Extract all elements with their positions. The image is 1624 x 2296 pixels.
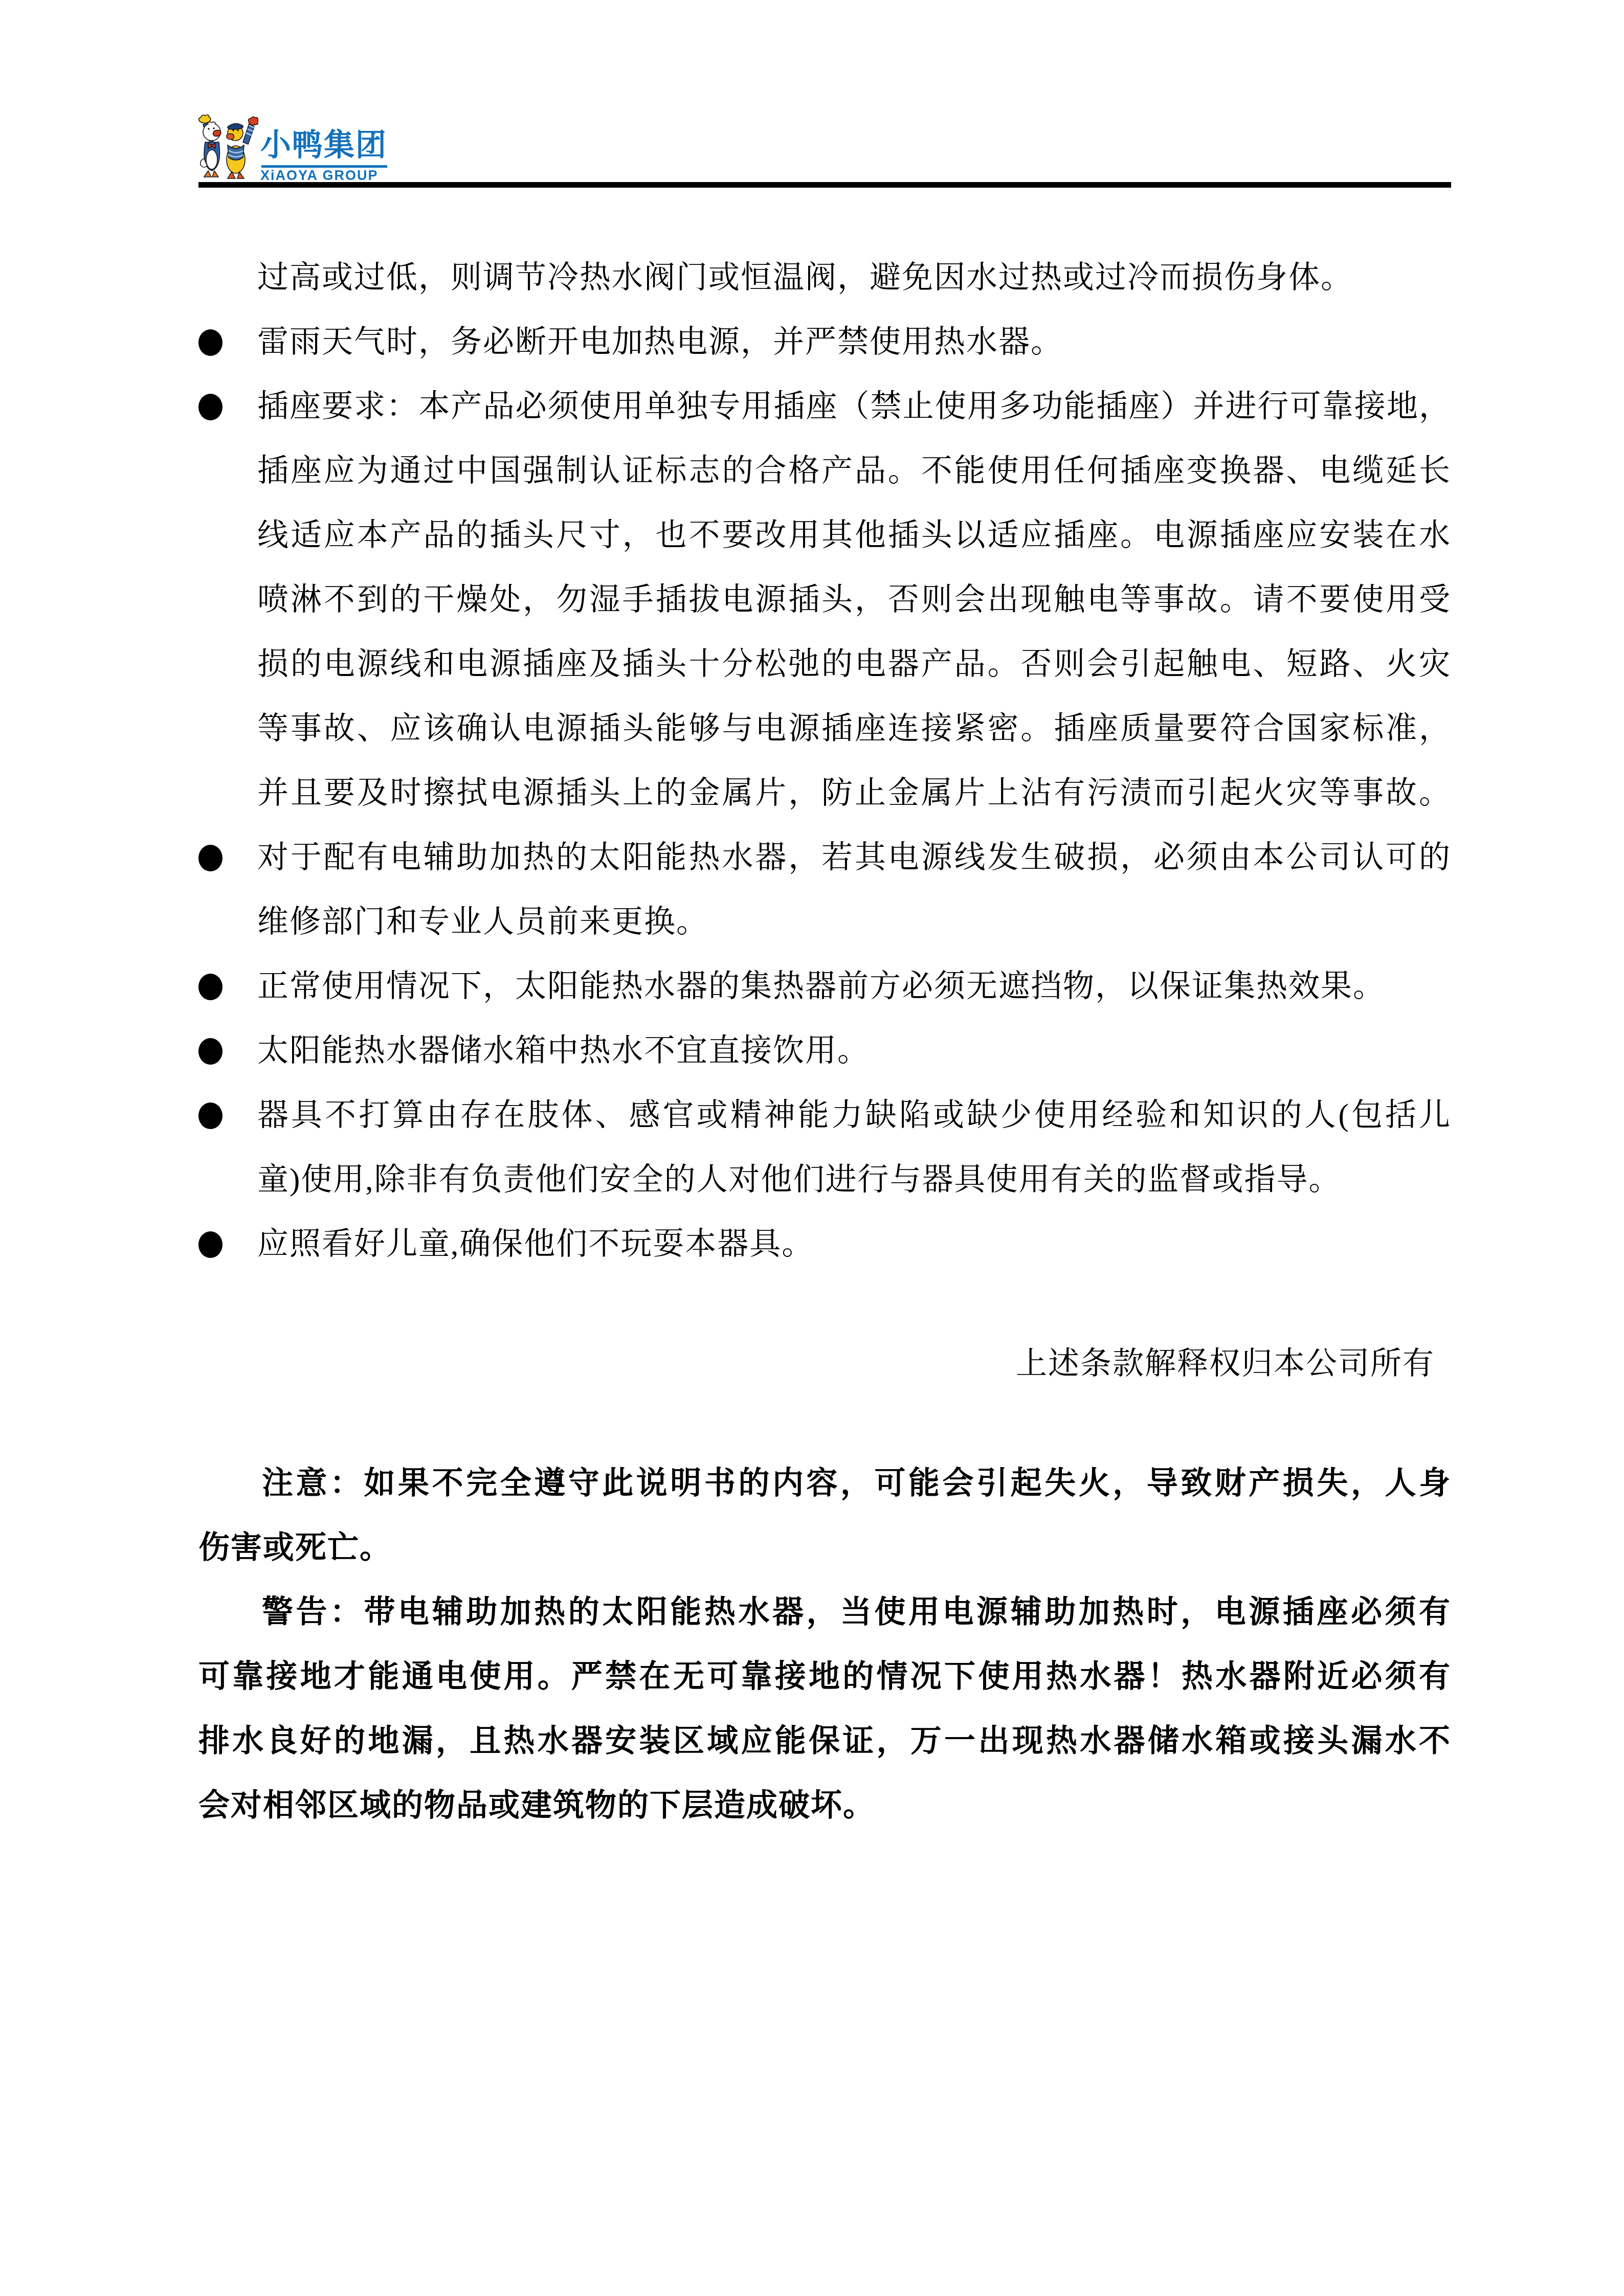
line-text: 对于配有电辅助加热的太阳能热水器，若其电源线发生破损，必须由本公司认可的 xyxy=(257,841,1451,875)
line-text: 排水良好的地漏，且热水器安装区域应能保证，万一出现热水器储水箱或接头漏水不 xyxy=(198,1724,1451,1759)
header-divider-rule xyxy=(198,182,1451,188)
line-text: 过高或过低，则调节冷热水阀门或恒温阀，避免因水过热或过冷而损伤身体。 xyxy=(257,261,1353,295)
caution-paragraph-line: 伤害或死亡。 xyxy=(198,1516,1451,1581)
safety-notices-line: 过高或过低，则调节冷热水阀门或恒温阀，避免因水过热或过冷而损伤身体。 xyxy=(198,246,1451,310)
bullet-icon xyxy=(198,1231,223,1258)
xiaoya-logo: 小鸭集团 XiAOYA GROUP xyxy=(196,114,389,181)
safety-notices-line: 正常使用情况下，太阳能热水器的集热器前方必须无遮挡物，以保证集热效果。 xyxy=(198,955,1451,1019)
warning-paragraph-line: 警告：带电辅助加热的太阳能热水器，当使用电源辅助加热时，电源插座必须有 xyxy=(198,1581,1451,1645)
line-text: 损的电源线和电源插座及插头十分松弛的电器产品。否则会引起触电、短路、火灾 xyxy=(257,647,1451,682)
safety-notices-line: 插座要求：本产品必须使用单独专用插座（禁止使用多功能插座）并进行可靠接地， xyxy=(198,375,1451,439)
safety-notices-line: 器具不打算由存在肢体、感官或精神能力缺陷或缺少使用经验和知识的人(包括儿 xyxy=(198,1084,1451,1148)
safety-notices-line: 对于配有电辅助加热的太阳能热水器，若其电源线发生破损，必须由本公司认可的 xyxy=(198,826,1451,890)
bullet-icon xyxy=(198,974,223,1000)
safety-notices-line: 维修部门和专业人员前来更换。 xyxy=(198,890,1451,955)
line-text: 雷雨天气时，务必断开电加热电源，并严禁使用热水器。 xyxy=(257,325,1063,359)
document-body: 过高或过低，则调节冷热水阀门或恒温阀，避免因水过热或过冷而损伤身体。雷雨天气时，… xyxy=(198,246,1451,1838)
bullet-icon xyxy=(198,1038,223,1065)
bullet-icon xyxy=(198,845,223,871)
line-text: 警告：带电辅助加热的太阳能热水器，当使用电源辅助加热时，电源插座必须有 xyxy=(262,1595,1451,1630)
safety-notices-line: 应照看好儿童,确保他们不玩耍本器具。 xyxy=(198,1212,1451,1277)
safety-notices-line: 线适应本产品的插头尺寸，也不要改用其他插头以适应插座。电源插座应安装在水 xyxy=(198,504,1451,568)
line-text: 插座应为通过中国强制认证标志的合格产品。不能使用任何插座变换器、电缆延长 xyxy=(257,454,1451,488)
safety-notices-line: 插座应为通过中国强制认证标志的合格产品。不能使用任何插座变换器、电缆延长 xyxy=(198,439,1451,504)
line-text: 应照看好儿童,确保他们不玩耍本器具。 xyxy=(257,1227,814,1262)
line-text: 喷淋不到的干燥处，勿湿手插拔电源插头，否则会出现触电等事故。请不要使用受 xyxy=(257,583,1451,617)
warning-paragraph-line: 排水良好的地漏，且热水器安装区域应能保证，万一出现热水器储水箱或接头漏水不 xyxy=(198,1709,1451,1774)
line-text: 插座要求：本产品必须使用单独专用插座（禁止使用多功能插座）并进行可靠接地， xyxy=(257,390,1451,424)
line-text: 并且要及时擦拭电源插头上的金属片，防止金属片上沾有污渍而引起火灾等事故。 xyxy=(257,776,1451,811)
line-text: 上述条款解释权归本公司所有 xyxy=(1016,1347,1435,1381)
line-text: 注意：如果不完全遵守此说明书的内容，可能会引起失火，导致财产损失，人身 xyxy=(262,1467,1451,1501)
caution-paragraph-line: 注意：如果不完全遵守此说明书的内容，可能会引起失火，导致财产损失，人身 xyxy=(198,1452,1451,1516)
safety-notices-line: 损的电源线和电源插座及插头十分松弛的电器产品。否则会引起触电、短路、火灾 xyxy=(198,633,1451,697)
line-text: 童)使用,除非有负责他们安全的人对他们进行与器具使用有关的监督或指导。 xyxy=(257,1163,1341,1197)
bullet-icon xyxy=(198,329,223,356)
line-text: 可靠接地才能通电使用。严禁在无可靠接地的情况下使用热水器！热水器附近必须有 xyxy=(198,1660,1451,1694)
rights-statement-line: 上述条款解释权归本公司所有 xyxy=(198,1332,1451,1397)
logo-cn-name: 小鸭集团 xyxy=(260,130,387,161)
safety-notices-line: 雷雨天气时，务必断开电加热电源，并严禁使用热水器。 xyxy=(198,310,1451,375)
safety-notices-line: 等事故、应该确认电源插头能够与电源插座连接紧密。插座质量要符合国家标准， xyxy=(198,697,1451,761)
safety-notices-line: 太阳能热水器储水箱中热水不宜直接饮用。 xyxy=(198,1019,1451,1084)
bullet-icon xyxy=(198,394,223,420)
line-text: 线适应本产品的插头尺寸，也不要改用其他插头以适应插座。电源插座应安装在水 xyxy=(257,519,1451,553)
line-text: 等事故、应该确认电源插头能够与电源插座连接紧密。插座质量要符合国家标准， xyxy=(257,712,1451,746)
line-text: 维修部门和专业人员前来更换。 xyxy=(257,905,708,939)
ducks-mascot-icon xyxy=(196,114,258,181)
logo-en-name: XiAOYA GROUP xyxy=(260,169,379,183)
bullet-icon xyxy=(198,1102,223,1129)
safety-notices-line: 童)使用,除非有负责他们安全的人对他们进行与器具使用有关的监督或指导。 xyxy=(198,1148,1451,1212)
safety-notices-line: 并且要及时擦拭电源插头上的金属片，防止金属片上沾有污渍而引起火灾等事故。 xyxy=(198,761,1451,826)
line-text: 器具不打算由存在肢体、感官或精神能力缺陷或缺少使用经验和知识的人(包括儿 xyxy=(257,1098,1451,1133)
warning-paragraph-line: 会对相邻区域的物品或建筑物的下层造成破坏。 xyxy=(198,1774,1451,1838)
logo-text-block: 小鸭集团 XiAOYA GROUP xyxy=(260,114,389,181)
safety-notices-line: 喷淋不到的干燥处，勿湿手插拔电源插头，否则会出现触电等事故。请不要使用受 xyxy=(198,568,1451,633)
manual-page: 小鸭集团 XiAOYA GROUP 过高或过低，则调节冷热水阀门或恒温阀，避免因… xyxy=(0,0,1624,2296)
line-text: 太阳能热水器储水箱中热水不宜直接饮用。 xyxy=(257,1034,870,1068)
line-text: 伤害或死亡。 xyxy=(198,1531,392,1565)
line-text: 会对相邻区域的物品或建筑物的下层造成破坏。 xyxy=(198,1789,875,1823)
line-text: 正常使用情况下，太阳能热水器的集热器前方必须无遮挡物，以保证集热效果。 xyxy=(257,970,1385,1004)
warning-paragraph-line: 可靠接地才能通电使用。严禁在无可靠接地的情况下使用热水器！热水器附近必须有 xyxy=(198,1645,1451,1709)
